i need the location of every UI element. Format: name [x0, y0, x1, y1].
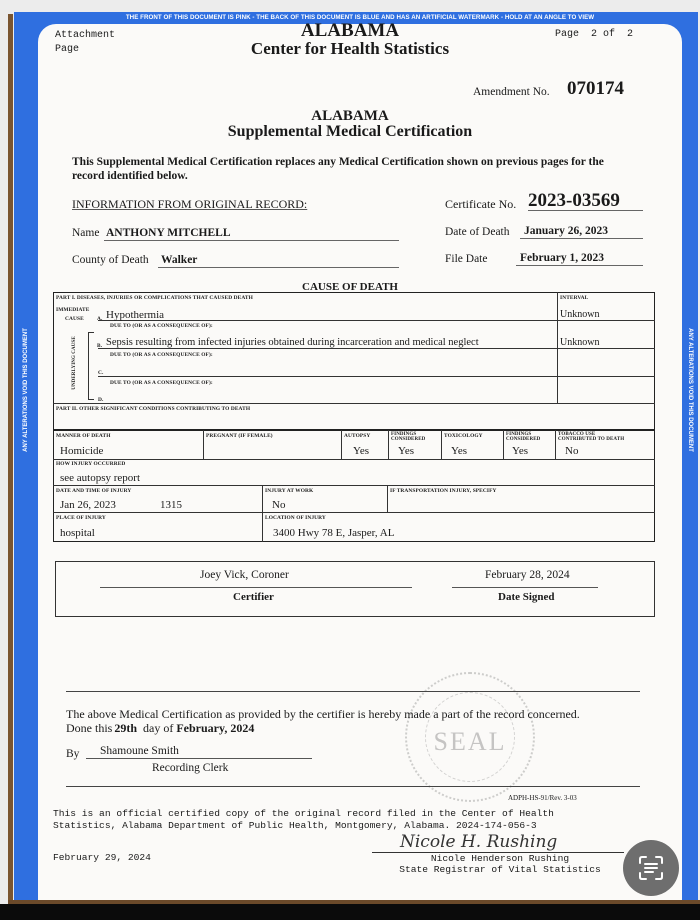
certification-text: This is an official certified copy of th…	[53, 808, 554, 832]
county-label: County of Death	[72, 254, 149, 266]
state-title: ALABAMA	[0, 22, 700, 40]
interval-label: INTERVAL	[560, 295, 588, 301]
manner-label: MANNER OF DEATH	[56, 433, 111, 439]
injury-date: Jan 26, 2023	[60, 499, 116, 511]
autopsy-label: AUTOPSY	[344, 433, 370, 439]
issue-date: February 29, 2024	[53, 852, 151, 863]
interval-b: Unknown	[560, 337, 599, 348]
clerk-name: Shamoune Smith	[100, 745, 179, 757]
certifier-name: Joey Vick, Coroner	[200, 569, 289, 581]
due-to-b: DUE TO (OR AS A CONSEQUENCE OF):	[110, 352, 213, 358]
underlying-label: UNDERLYING CAUSE	[72, 336, 78, 390]
findings1-value: Yes	[398, 445, 414, 457]
cause-line-a: Hypothermia	[106, 309, 164, 321]
location-of-injury: 3400 Hwy 78 E, Jasper, AL	[273, 527, 394, 539]
scan-text-icon	[637, 854, 665, 882]
part2-label: PART II. OTHER SIGNIFICANT CONDITIONS CO…	[56, 406, 250, 412]
form-title: Supplemental Medical Certification	[0, 123, 700, 141]
datetime-label: DATE AND TIME OF INJURY	[56, 488, 131, 494]
decedent-name: ANTHONY MITCHELL	[106, 227, 231, 239]
autopsy-value: Yes	[353, 445, 369, 457]
date-signed-label: Date Signed	[498, 591, 555, 603]
location-label: LOCATION OF INJURY	[265, 515, 326, 521]
manner-of-death: Homicide	[60, 445, 103, 457]
interval-a: Unknown	[560, 309, 599, 320]
file-date-label: File Date	[445, 253, 487, 265]
done-month-year: February, 2024	[176, 721, 254, 735]
name-label: Name	[72, 227, 99, 239]
table-edge	[8, 14, 13, 906]
certifier-label: Certifier	[233, 591, 274, 603]
tobacco-value: No	[565, 445, 578, 457]
immediate-label: IMMEDIATE	[56, 307, 89, 313]
due-to-c: DUE TO (OR AS A CONSEQUENCE OF):	[110, 380, 213, 386]
date-signed: February 28, 2024	[485, 569, 570, 581]
done-line: Done this29thday of February, 2024	[66, 721, 580, 735]
registrar-name: Nicole Henderson Rushing	[375, 853, 625, 864]
intro-text: This Supplemental Medical Certification …	[72, 155, 632, 183]
tobacco-label: TOBACCO USECONTRIBUTED TO DEATH	[558, 432, 624, 442]
date-of-death-label: Date of Death	[445, 226, 510, 238]
toxicology-label: TOXICOLOGY	[444, 433, 483, 439]
screen-bottom-bar	[0, 904, 700, 920]
findings2-label: FINDINGSCONSIDERED	[506, 432, 540, 442]
side-warning-right: ANY ALTERATIONS VOID THIS DOCUMENT	[687, 328, 693, 452]
by-label: By	[66, 748, 79, 760]
agency-title: Center for Health Statistics	[0, 39, 700, 59]
statement-text: The above Medical Certification as provi…	[66, 707, 580, 721]
line-d-letter: D.	[98, 397, 103, 403]
how-injury-occurred: see autopsy report	[60, 472, 140, 484]
county-of-death: Walker	[161, 254, 197, 266]
clerk-role: Recording Clerk	[152, 762, 228, 774]
pregnant-label: PREGNANT (IF FEMALE)	[206, 433, 273, 439]
toxicology-value: Yes	[451, 445, 467, 457]
cause-line-b: Sepsis resulting from infected injuries …	[106, 337, 479, 348]
scan-text-button[interactable]	[623, 840, 679, 896]
form-id: ADPH-HS-91/Rev. 3-03	[508, 794, 577, 802]
findings1-label: FINDINGSCONSIDERED	[391, 432, 425, 442]
place-of-injury: hospital	[60, 527, 95, 539]
underlying-bracket	[88, 332, 94, 400]
form-state: ALABAMA	[0, 109, 700, 124]
injury-at-work: No	[272, 499, 285, 511]
findings2-value: Yes	[512, 445, 528, 457]
certificate-number: 2023-03569	[528, 190, 620, 212]
injury-time: 1315	[160, 499, 182, 511]
file-date: February 1, 2023	[520, 252, 604, 264]
registrar-title: State Registrar of Vital Statistics	[375, 864, 625, 875]
line-a-letter: A.	[97, 316, 102, 322]
place-label: PLACE OF INJURY	[56, 515, 106, 521]
line-b-letter: B.	[97, 343, 102, 349]
date-of-death: January 26, 2023	[524, 225, 608, 237]
how-label: HOW INJURY OCCURRED	[56, 461, 125, 467]
amendment-label: Amendment No.	[473, 86, 550, 98]
cause-label: CAUSE	[65, 316, 84, 322]
at-work-label: INJURY AT WORK	[265, 488, 313, 494]
done-day: 29th	[114, 721, 137, 735]
registrar-signature: Nicole H. Rushing	[400, 832, 557, 852]
recording-statement: The above Medical Certification as provi…	[66, 707, 580, 735]
amendment-number: 070174	[567, 78, 624, 100]
line-c-letter: C.	[98, 370, 103, 376]
original-record-heading: INFORMATION FROM ORIGINAL RECORD:	[72, 197, 307, 212]
certificate-label: Certificate No.	[445, 197, 516, 212]
side-warning-left: ANY ALTERATIONS VOID THIS DOCUMENT	[23, 328, 29, 452]
part1-label: PART I. DISEASES, INJURIES OR COMPLICATI…	[56, 295, 253, 301]
due-to-a: DUE TO (OR AS A CONSEQUENCE OF):	[110, 323, 213, 329]
transport-label: IF TRANSPORTATION INJURY, SPECIFY	[390, 488, 496, 494]
